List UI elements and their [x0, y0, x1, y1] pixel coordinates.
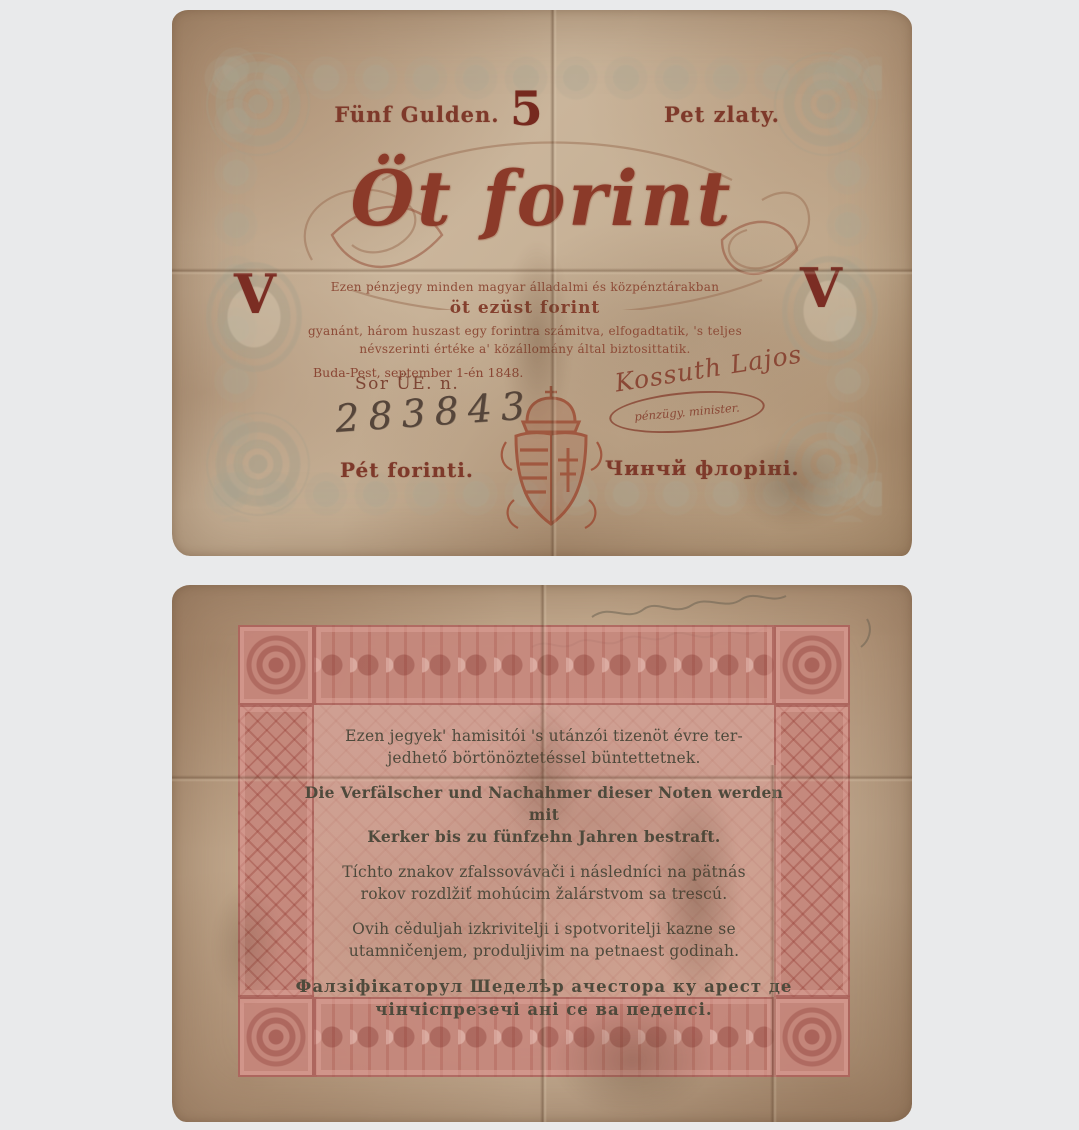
paper-stain: [652, 785, 742, 1005]
photo-background: Fünf Gulden. 5 Pet zlaty. Öt forint Ezen…: [0, 0, 1079, 1130]
frame-corner-rosette-icon: [238, 625, 314, 705]
paper-stain: [212, 885, 282, 1005]
paper-stain: [502, 705, 582, 845]
banknote-back: Ezen jegyek' hamisitói 's utánzói tizenö…: [172, 585, 912, 1122]
frame-corner-rosette-icon: [774, 625, 850, 705]
paper-stain: [502, 240, 572, 440]
denomination-romanian-latin: Pét forinti.: [340, 458, 474, 482]
paper-stain: [732, 440, 852, 530]
fold-crease-vertical: [540, 585, 547, 1122]
note-title-ot-forint: Öt forint: [172, 154, 912, 243]
corner-rosette-icon: [206, 412, 310, 516]
denomination-german: Fünf Gulden.: [307, 102, 527, 127]
paper-stain: [552, 1005, 712, 1115]
value-v-right: V: [800, 256, 842, 320]
banknote-front: Fünf Gulden. 5 Pet zlaty. Öt forint Ezen…: [172, 10, 912, 556]
stamp-text: pénzügy. minister.: [634, 400, 740, 423]
denomination-numeral-5: 5: [510, 82, 543, 137]
fold-crease-right: [770, 765, 777, 1122]
denomination-czech: Pet zlaty.: [612, 102, 832, 127]
